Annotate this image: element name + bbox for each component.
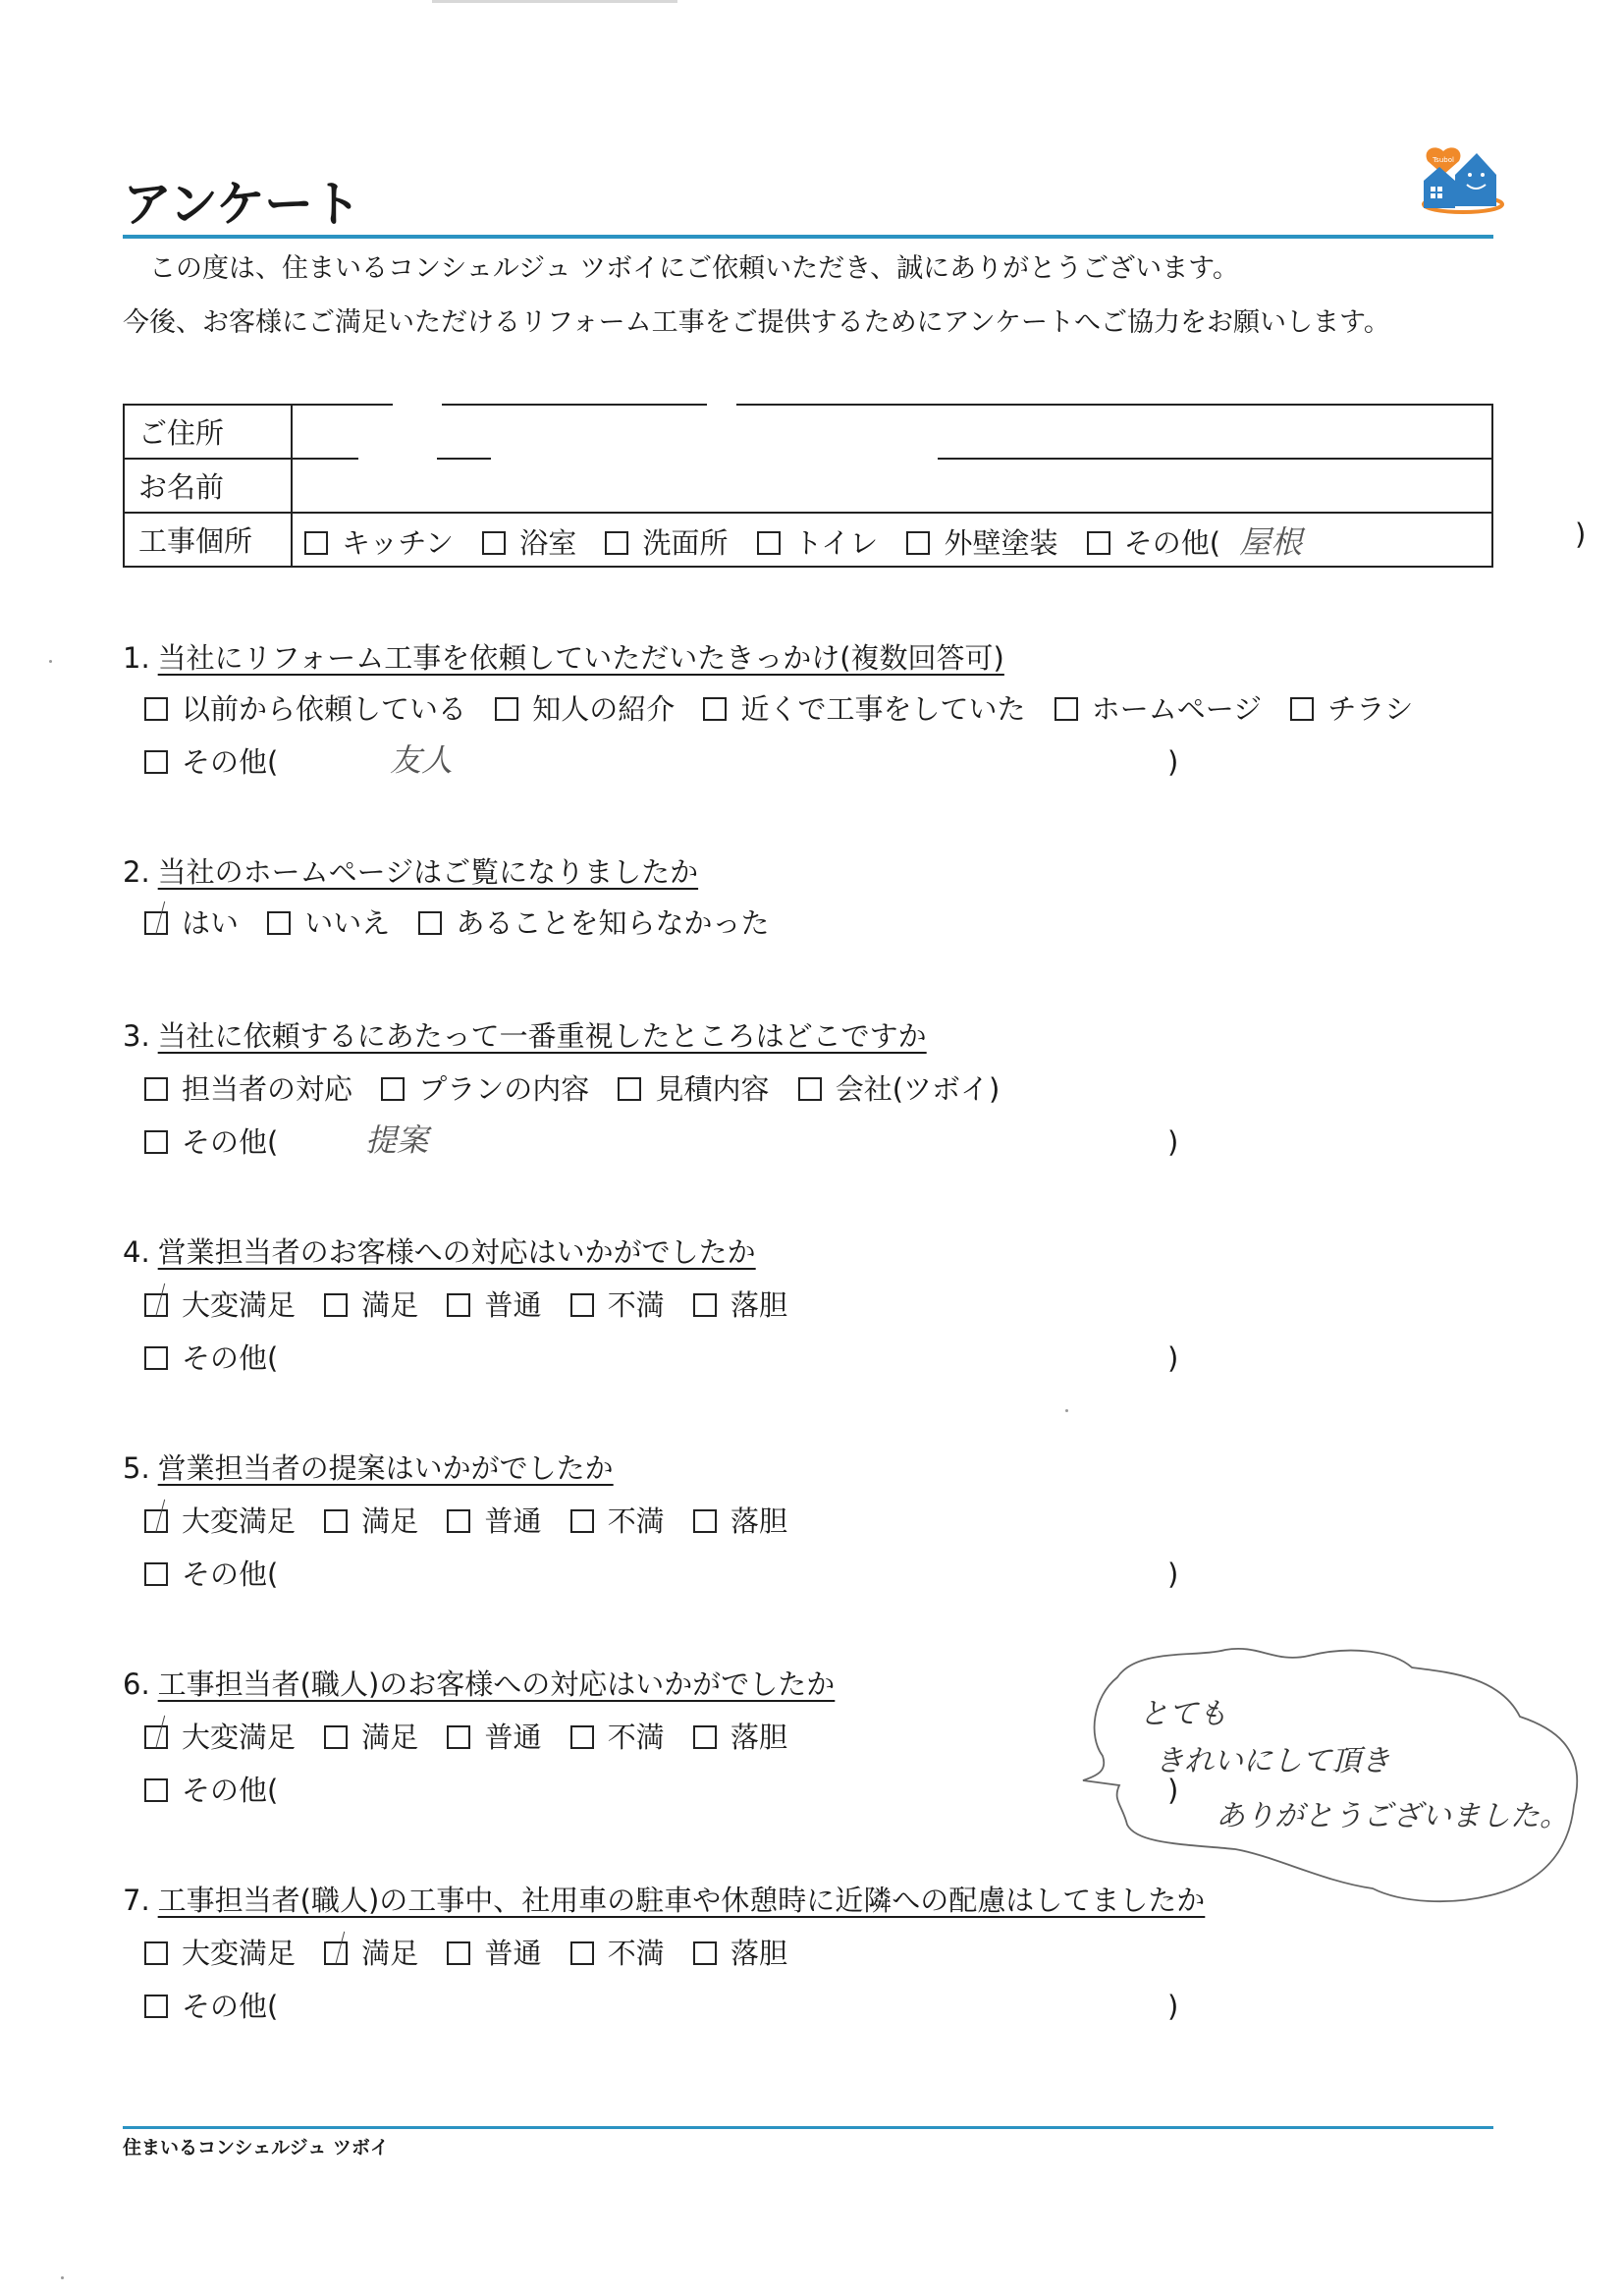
checkbox-icon[interactable]	[267, 911, 291, 935]
address-row: ご住所	[124, 405, 1492, 459]
checkbox-icon[interactable]	[605, 531, 628, 555]
other-row: その他( )	[144, 1555, 1185, 1594]
option-estimate-content[interactable]: 見積内容	[618, 1072, 788, 1106]
other-handwritten-answer[interactable]: 友人	[390, 740, 453, 780]
option-satisfied[interactable]: 満足	[324, 1288, 438, 1322]
scan-artifact	[49, 660, 52, 663]
checkbox-icon[interactable]	[144, 1130, 168, 1154]
checkbox-icon[interactable]	[144, 750, 168, 774]
option-satisfied[interactable]: 満足	[324, 1504, 438, 1538]
checkbox-icon[interactable]	[144, 1346, 168, 1370]
close-paren: )	[1167, 742, 1178, 782]
location-option-exterior-paint[interactable]: 外壁塗装	[906, 526, 1077, 560]
checkbox-icon[interactable]	[570, 1293, 594, 1317]
handwritten-comment-bubble: とても きれいにして頂き ありがとうございました。	[1078, 1638, 1589, 1911]
question-5: 5.営業担当者の提案はいかがでしたか 大変満足 満足 普通 不満 落胆 その他(…	[123, 1449, 1497, 1488]
other-handwritten-answer[interactable]: 提案	[365, 1121, 428, 1160]
header-divider	[123, 235, 1493, 239]
house-heart-logo-icon: Tsubol	[1414, 145, 1506, 214]
other-row: その他( )	[144, 1987, 1185, 2026]
location-option-toilet[interactable]: トイレ	[757, 526, 898, 560]
checkbox-icon[interactable]	[304, 531, 328, 555]
option-other[interactable]: その他(	[144, 1990, 278, 2023]
checkbox-checked-icon[interactable]	[144, 1293, 168, 1317]
checkbox-icon[interactable]	[570, 1941, 594, 1965]
question-7: 7.工事担当者(職人)の工事中、社用車の駐車や休憩時に近隣への配慮はしてましたか…	[123, 1881, 1497, 1920]
location-option-bathroom[interactable]: 浴室	[482, 526, 596, 560]
checkbox-checked-icon[interactable]	[144, 1509, 168, 1533]
close-paren: )	[1167, 1339, 1178, 1378]
checkbox-icon[interactable]	[482, 531, 506, 555]
option-very-satisfied[interactable]: 大変満足	[144, 1721, 315, 1754]
other-row: その他( 提案 )	[144, 1122, 1185, 1162]
option-very-satisfied[interactable]: 大変満足	[144, 1504, 315, 1538]
redaction-mark	[491, 458, 938, 464]
option-dissatisfied[interactable]: 不満	[570, 1721, 684, 1754]
work-location-row: 工事個所 キッチン 浴室 洗面所 トイレ 外壁塗装 その他( 屋根 )	[124, 513, 1492, 567]
checkbox-icon[interactable]	[144, 1995, 168, 2018]
scan-artifact	[61, 2276, 64, 2279]
intro-text-line-2: 今後、お客様にご満足いただけるリフォーム工事をご提供するためにアンケートへご協力…	[123, 307, 1390, 339]
location-option-kitchen[interactable]: キッチン	[304, 526, 473, 560]
close-paren: )	[1167, 1122, 1178, 1162]
option-yes[interactable]: はい	[144, 906, 258, 940]
option-disappointed[interactable]: 落胆	[693, 1288, 807, 1322]
option-very-satisfied[interactable]: 大変満足	[144, 1288, 315, 1322]
checkbox-checked-icon[interactable]	[144, 1725, 168, 1749]
location-other-handwritten[interactable]: 屋根	[1239, 523, 1302, 561]
checkbox-icon[interactable]	[324, 1725, 348, 1749]
option-nearby-work[interactable]: 近くで工事をしていた	[703, 692, 1045, 726]
option-flyer[interactable]: チラシ	[1290, 692, 1433, 726]
question-title: 5.営業担当者の提案はいかがでしたか	[123, 1449, 1497, 1488]
location-option-washroom[interactable]: 洗面所	[605, 526, 747, 560]
question-4: 4.営業担当者のお客様への対応はいかがでしたか 大変満足 満足 普通 不満 落胆…	[123, 1232, 1497, 1272]
option-plan-content[interactable]: プランの内容	[381, 1072, 609, 1106]
checkbox-icon[interactable]	[447, 1293, 470, 1317]
checkbox-icon[interactable]	[144, 1077, 168, 1101]
page-title: アンケート	[123, 177, 360, 232]
redaction-mark	[707, 401, 736, 407]
checkbox-icon[interactable]	[693, 1293, 717, 1317]
checkbox-icon[interactable]	[757, 531, 781, 555]
question-2: 2.当社のホームページはご覧になりましたか はい いいえ あることを知らなかった	[123, 852, 1497, 892]
name-label: お名前	[124, 459, 292, 513]
name-row: お名前	[124, 459, 1492, 513]
option-company[interactable]: 会社(ツボイ)	[798, 1072, 1020, 1106]
option-other[interactable]: その他(	[144, 1558, 278, 1591]
checkbox-icon[interactable]	[570, 1509, 594, 1533]
checkbox-icon[interactable]	[1087, 531, 1110, 555]
checkbox-icon[interactable]	[144, 1562, 168, 1586]
work-location-options: キッチン 浴室 洗面所 トイレ 外壁塗装 その他( 屋根 )	[292, 513, 1492, 567]
option-disappointed[interactable]: 落胆	[693, 1937, 807, 1970]
checkbox-icon[interactable]	[618, 1077, 641, 1101]
checkbox-icon[interactable]	[324, 1293, 348, 1317]
svg-text:Tsubol: Tsubol	[1432, 156, 1454, 164]
checkbox-icon[interactable]	[144, 697, 168, 721]
checkbox-checked-icon[interactable]	[144, 911, 168, 935]
comment-line-2: きれいにして頂き	[1155, 1736, 1390, 1779]
question-title: 4.営業担当者のお客様への対応はいかがでしたか	[123, 1232, 1497, 1272]
question-title: 1.当社にリフォーム工事を依頼していただいたきっかけ(複数回答可)	[123, 638, 1497, 678]
option-normal[interactable]: 普通	[447, 1721, 561, 1754]
question-3: 3.当社に依頼するにあたって一番重視したところはどこですか 担当者の対応 プラン…	[123, 1016, 1497, 1056]
scan-artifact	[1065, 1409, 1068, 1412]
question-1: 1.当社にリフォーム工事を依頼していただいたきっかけ(複数回答可) 以前から依頼…	[123, 638, 1497, 678]
close-paren: )	[1167, 1987, 1178, 2026]
options-row: 大変満足 満足 普通 不満 落胆	[144, 1502, 807, 1541]
checkbox-icon[interactable]	[447, 1725, 470, 1749]
option-disappointed[interactable]: 落胆	[693, 1721, 807, 1754]
footer-divider	[123, 2126, 1493, 2129]
customer-info-table: ご住所 お名前 工事個所 キッチン 浴室 洗面所 トイレ 外壁塗装 その他( 屋…	[123, 404, 1493, 568]
checkbox-icon[interactable]	[693, 1941, 717, 1965]
option-satisfied[interactable]: 満足	[324, 1937, 438, 1970]
work-location-label: 工事個所	[124, 513, 292, 567]
option-dissatisfied[interactable]: 不満	[570, 1288, 684, 1322]
options-row: はい いいえ あることを知らなかった	[144, 903, 788, 943]
checkbox-icon[interactable]	[798, 1077, 822, 1101]
address-label: ご住所	[124, 405, 292, 459]
option-disappointed[interactable]: 落胆	[693, 1504, 807, 1538]
other-row: その他( 友人 )	[144, 742, 1185, 782]
option-other[interactable]: その他(	[144, 1774, 278, 1807]
other-row: その他( )	[144, 1771, 1185, 1810]
options-row: 大変満足 満足 普通 不満 落胆	[144, 1718, 807, 1757]
checkbox-checked-icon[interactable]	[324, 1941, 348, 1965]
option-other[interactable]: その他(	[144, 745, 278, 779]
checkbox-icon[interactable]	[703, 697, 727, 721]
other-row: その他( )	[144, 1339, 1185, 1378]
redaction-mark	[393, 401, 442, 407]
checkbox-icon[interactable]	[418, 911, 442, 935]
option-homepage[interactable]: ホームページ	[1055, 692, 1281, 726]
checkbox-icon[interactable]	[381, 1077, 405, 1101]
comment-line-1: とても	[1139, 1689, 1227, 1732]
options-row: 大変満足 満足 普通 不満 落胆	[144, 1285, 807, 1325]
checkbox-icon[interactable]	[570, 1725, 594, 1749]
option-unaware[interactable]: あることを知らなかった	[418, 906, 788, 940]
option-other[interactable]: その他(	[144, 1125, 278, 1159]
option-very-satisfied[interactable]: 大変満足	[144, 1937, 315, 1970]
checkbox-icon[interactable]	[144, 1778, 168, 1802]
location-option-other[interactable]: その他(	[1087, 526, 1220, 560]
checkbox-icon[interactable]	[144, 1941, 168, 1965]
option-no[interactable]: いいえ	[267, 906, 409, 940]
option-staff-response[interactable]: 担当者の対応	[144, 1072, 372, 1106]
checkbox-icon[interactable]	[693, 1725, 717, 1749]
option-previous-client[interactable]: 以前から依頼している	[144, 692, 486, 726]
question-title: 2.当社のホームページはご覧になりましたか	[123, 852, 1497, 892]
question-title: 3.当社に依頼するにあたって一番重視したところはどこですか	[123, 1016, 1497, 1056]
footer-company-name: 住まいるコンシェルジュ ツボイ	[123, 2133, 389, 2159]
option-other[interactable]: その他(	[144, 1341, 278, 1375]
checkbox-icon[interactable]	[495, 697, 518, 721]
redaction-mark	[358, 458, 437, 464]
address-field[interactable]	[292, 405, 1492, 459]
checkbox-icon[interactable]	[906, 531, 930, 555]
option-normal[interactable]: 普通	[447, 1937, 561, 1970]
option-acquaintance-referral[interactable]: 知人の紹介	[495, 692, 694, 726]
checkbox-icon[interactable]	[1055, 697, 1078, 721]
options-row: 担当者の対応 プランの内容 見積内容 会社(ツボイ)	[144, 1069, 1019, 1109]
checkbox-icon[interactable]	[447, 1509, 470, 1533]
options-row: 以前から依頼している 知人の紹介 近くで工事をしていた ホームページ チラシ	[144, 689, 1433, 729]
options-row: 大変満足 満足 普通 不満 落胆	[144, 1934, 807, 1973]
intro-text-line-1: この度は、住まいるコンシェルジュ ツボイにご依頼いただき、誠にありがとうございま…	[149, 253, 1239, 285]
option-dissatisfied[interactable]: 不満	[570, 1504, 684, 1538]
close-paren: )	[1167, 1555, 1178, 1594]
question-title: 7.工事担当者(職人)の工事中、社用車の駐車や休憩時に近隣への配慮はしてましたか	[123, 1881, 1497, 1920]
checkbox-icon[interactable]	[1290, 697, 1314, 721]
checkbox-icon[interactable]	[324, 1509, 348, 1533]
option-normal[interactable]: 普通	[447, 1504, 561, 1538]
option-normal[interactable]: 普通	[447, 1288, 561, 1322]
scan-artifact	[432, 0, 677, 3]
checkbox-icon[interactable]	[447, 1941, 470, 1965]
option-dissatisfied[interactable]: 不満	[570, 1937, 684, 1970]
close-paren: )	[1575, 518, 1586, 551]
option-satisfied[interactable]: 満足	[324, 1721, 438, 1754]
comment-line-3: ありがとうございました。	[1216, 1791, 1569, 1834]
checkbox-icon[interactable]	[693, 1509, 717, 1533]
name-field[interactable]	[292, 459, 1492, 513]
